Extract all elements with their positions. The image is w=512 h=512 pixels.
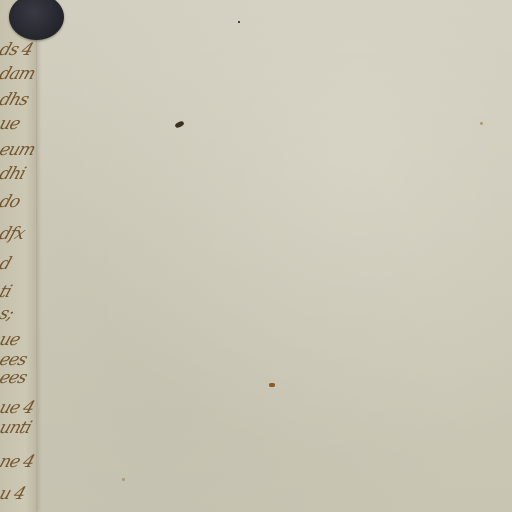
handwriting-fragment: dhi (0, 164, 28, 184)
dust-speck (122, 478, 125, 481)
handwriting-fragment: eum (0, 140, 37, 160)
handwriting-fragment: ees (0, 368, 29, 388)
handwriting-fragment: do (0, 192, 22, 212)
dust-speck (480, 122, 483, 125)
handwriting-fragment: ees (0, 350, 29, 370)
mounting-pin (9, 0, 64, 40)
foxing-spot (269, 383, 275, 387)
handwriting-fragment: u 4 (0, 484, 27, 504)
handwriting-fragment: dam (0, 64, 37, 84)
handwriting-fragment: dhs (0, 90, 31, 110)
handwriting-fragment: ne 4 (0, 452, 36, 472)
handwriting-fragment: d (0, 254, 13, 274)
handwriting-fragment: unti (0, 418, 33, 438)
underlying-handwritten-sheet: ds 4 dam dhs ue eum dhi do dfx d ti s; u… (0, 0, 37, 512)
handwriting-fragment: s; (0, 304, 16, 324)
handwriting-fragment: dfx (0, 224, 27, 244)
paper-page: ds 4 dam dhs ue eum dhi do dfx d ti s; u… (0, 0, 512, 512)
handwriting-fragment: ue (0, 114, 22, 134)
handwriting-fragment: ue 4 (0, 398, 36, 418)
handwriting-fragment: ti (0, 282, 14, 302)
dust-speck (238, 21, 240, 23)
ink-speck (174, 120, 184, 128)
handwriting-fragment: ue (0, 330, 22, 350)
handwriting-fragment: ds 4 (0, 40, 35, 60)
